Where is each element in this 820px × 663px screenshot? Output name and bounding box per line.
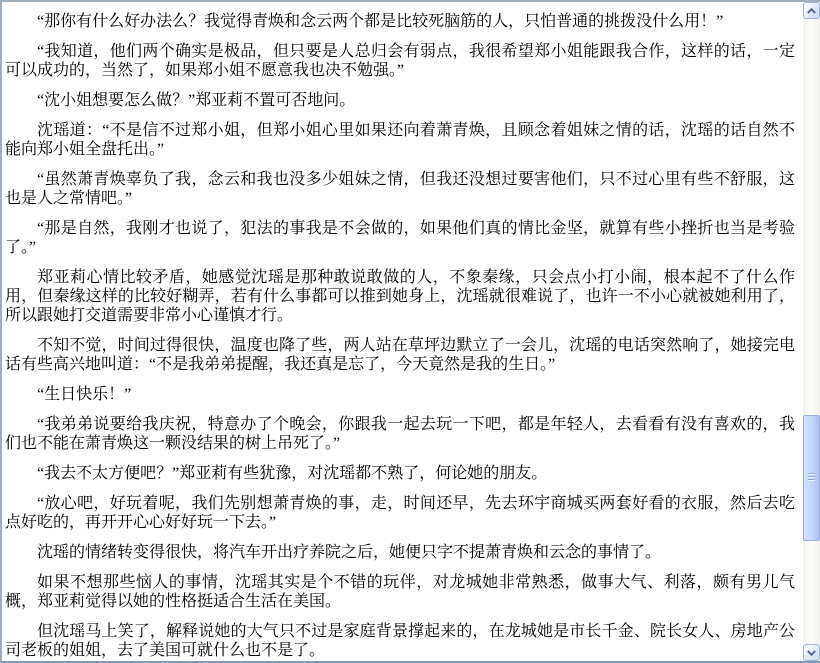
scroll-up-button[interactable] — [803, 2, 820, 19]
scrollbar-grip — [808, 473, 815, 482]
chevron-down-icon — [807, 650, 816, 656]
paragraph: “生日快乐！” — [5, 385, 795, 404]
chevron-up-icon — [807, 8, 816, 14]
scrollbar-thumb[interactable] — [803, 415, 820, 541]
vertical-scrollbar[interactable] — [802, 2, 820, 661]
scroll-down-button[interactable] — [803, 644, 820, 661]
paragraph: 郑亚莉心情比较矛盾，她感觉沈瑶是那种敢说敢做的人，不象秦缘，只会点小打小闹，根本… — [5, 268, 795, 325]
paragraph: “那是自然，我刚才也说了，犯法的事我是不会做的，如果他们真的情比金坚，就算有些小… — [5, 219, 795, 257]
paragraph: “放心吧，好玩着呢，我们先别想萧青焕的事，走，时间还早，先去环宇商城买两套好看的… — [5, 494, 795, 532]
paragraph: “我去不太方便吧？”郑亚莉有些犹豫，对沈瑶都不熟了，何论她的朋友。 — [5, 464, 795, 483]
paragraph: 不知不觉，时间过得很快，温度也降了些，两人站在草坪边默立了一会儿，沈瑶的电话突然… — [5, 336, 795, 374]
paragraph: 沈瑶的情绪转变得很快，将汽车开出疗养院之后，她便只字不提萧青焕和云念的事情了。 — [5, 543, 795, 562]
text-reader-page: “那你有什么好办法么？我觉得青焕和念云两个都是比较死脑筋的人，只怕普通的挑拨没什… — [0, 0, 820, 663]
paragraph: 沈瑶道：“不是信不过郑小姐，但郑小姐心里如果还向着萧青焕，且顾念着姐妹之情的话，… — [5, 121, 795, 159]
paragraph: “那你有什么好办法么？我觉得青焕和念云两个都是比较死脑筋的人，只怕普通的挑拨没什… — [5, 12, 795, 31]
paragraph: 如果不想那些恼人的事情，沈瑶其实是个不错的玩伴，对龙城她非常熟悉，做事大气、利落… — [5, 573, 795, 611]
paragraph: 但沈瑶马上笑了，解释说她的大气只不过是家庭背景撑起来的，在龙城她是市长千金、院长… — [5, 622, 795, 660]
scrollbar-track[interactable] — [803, 19, 820, 644]
paragraph: “我知道，他们两个确实是极品，但只要是人总归会有弱点，我很希望郑小姐能跟我合作，… — [5, 42, 795, 80]
novel-text: “那你有什么好办法么？我觉得青焕和念云两个都是比较死脑筋的人，只怕普通的挑拨没什… — [2, 2, 800, 661]
paragraph: “我弟弟说要给我庆祝，特意办了个晚会，你跟我一起去玩一下吧，都是年轻人，去看看有… — [5, 415, 795, 453]
paragraph: “虽然萧青焕辜负了我，念云和我也没多少姐妹之情，但我还没想过要害他们，只不过心里… — [5, 170, 795, 208]
paragraph: “沈小姐想要怎么做？”郑亚莉不置可否地问。 — [5, 91, 795, 110]
